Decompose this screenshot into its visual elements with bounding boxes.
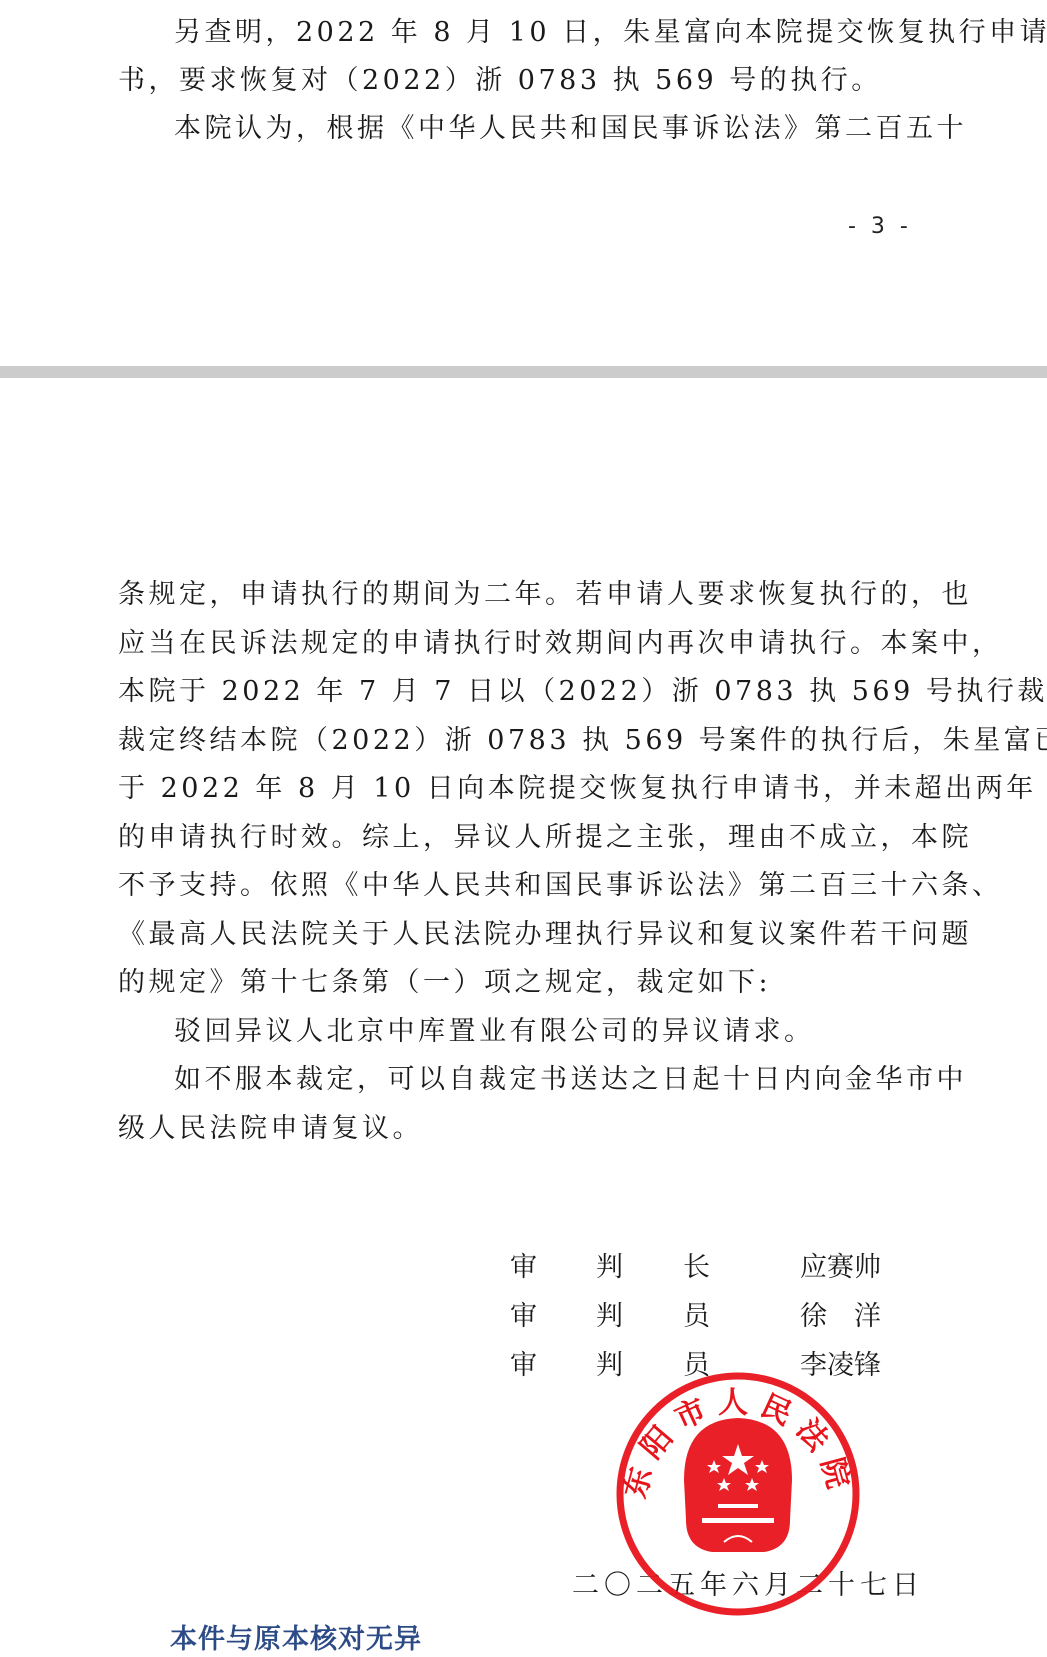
title-char: 员 [683,1350,710,1382]
judge-name: 应赛帅 [800,1252,881,1284]
signature-row-judge: 审 判 员 李凌锋 [0,1350,1047,1382]
paragraph-line: 另查明，2022 年 8 月 10 日，朱星富向本院提交恢复执行申请 [174,18,944,48]
title-char: 判 [596,1252,623,1284]
paragraph-line: 《最高人民法院关于人民法院办理执行异议和复议案件若干问题 [118,920,944,950]
paragraph-line: 裁定终结本院（2022）浙 0783 执 569 号案件的执行后，朱星富已 [118,726,944,756]
paragraph-line: 不予支持。依照《中华人民共和国民事诉讼法》第二百三十六条、 [118,871,944,901]
signature-row-presiding-judge: 审 判 长 应赛帅 [0,1252,1047,1284]
paragraph-line: 应当在民诉法规定的申请执行时效期间内再次申请执行。本案中， [118,629,944,659]
title-char: 审 [510,1350,537,1382]
page-number: - 3 - [848,214,912,239]
page-separator [0,366,1047,378]
ruling-date: 二〇二五年六月二十七日 [572,1570,924,1602]
paragraph-line: 条规定，申请执行的期间为二年。若申请人要求恢复执行的，也 [118,580,944,610]
paragraph-line: 如不服本裁定，可以自裁定书送达之日起十日内向金华市中 [174,1065,944,1095]
title-char: 判 [596,1301,623,1333]
signature-row-judge: 审 判 员 徐 洋 [0,1301,1047,1333]
certification-stamp: 本件与原本核对无异 [170,1624,422,1656]
paragraph-line: 于 2022 年 8 月 10 日向本院提交恢复执行申请书，并未超出两年 [118,774,944,804]
title-char: 员 [683,1301,710,1333]
paragraph-line: 级人民法院申请复议。 [118,1114,944,1144]
title-char: 判 [596,1350,623,1382]
ruling-line: 驳回异议人北京中库置业有限公司的异议请求。 [174,1017,944,1047]
document-page-3: 另查明，2022 年 8 月 10 日，朱星富向本院提交恢复执行申请 书，要求恢… [0,0,1047,366]
paragraph-line: 的规定》第十七条第（一）项之规定，裁定如下: [118,968,944,998]
title-char: 审 [510,1301,537,1333]
paragraph-line: 本院认为，根据《中华人民共和国民事诉讼法》第二百五十 [174,114,944,144]
judge-name: 徐 洋 [800,1301,881,1333]
judge-name: 李凌锋 [800,1350,881,1382]
paragraph-line: 书，要求恢复对（2022）浙 0783 执 569 号的执行。 [118,66,944,96]
title-char: 长 [683,1252,710,1284]
title-char: 审 [510,1252,537,1284]
paragraph-line: 本院于 2022 年 7 月 7 日以（2022）浙 0783 执 569 号执… [118,677,944,707]
paragraph-line: 的申请执行时效。综上，异议人所提之主张，理由不成立，本院 [118,823,944,853]
